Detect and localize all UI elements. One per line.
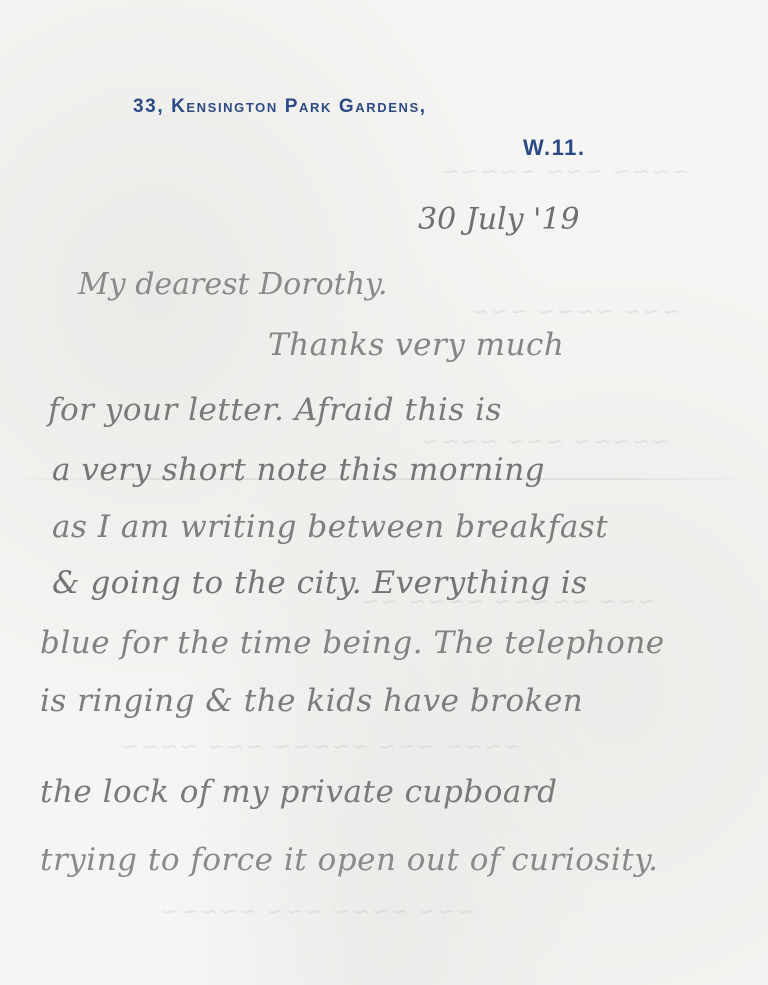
- letter-date: 30 July '19: [418, 205, 580, 235]
- letterhead-postal-district: W.11.: [523, 135, 586, 161]
- letterhead: 33, Kensington Park Gardens, W.11.: [0, 0, 768, 170]
- letterhead-address: 33, Kensington Park Gardens,: [133, 96, 427, 118]
- letter-body-line: trying to force it open out of curiosity…: [40, 845, 658, 876]
- letter-body-line: a very short note this morning: [52, 455, 545, 486]
- bleed-through-writing: ~~~~ ~~~ ~~~~~ ~~~ ~~~~: [120, 735, 521, 760]
- letter-salutation: My dearest Dorothy.: [78, 270, 388, 300]
- letter-body-line: & going to the city. Everything is: [52, 568, 588, 599]
- letter-body-line: for your letter. Afraid this is: [48, 395, 502, 426]
- letter-page: ~~~~ ~~~ ~~~~~ ~~~ ~~~~ ~~~ ~~~~~ ~~~ ~~…: [0, 0, 768, 985]
- bleed-through-writing: ~~~ ~~~~ ~~~ ~~~~~: [160, 900, 475, 925]
- letter-body-line: the lock of my private cupboard: [40, 777, 558, 808]
- letter-body-line: as I am writing between breakfast: [52, 512, 608, 543]
- letter-body-line: blue for the time being. The telephone: [40, 628, 665, 659]
- bleed-through-writing: ~~~ ~~~~ ~~~: [470, 300, 680, 325]
- letter-body-line: Thanks very much: [268, 330, 564, 361]
- letter-body-line: is ringing & the kids have broken: [40, 686, 583, 717]
